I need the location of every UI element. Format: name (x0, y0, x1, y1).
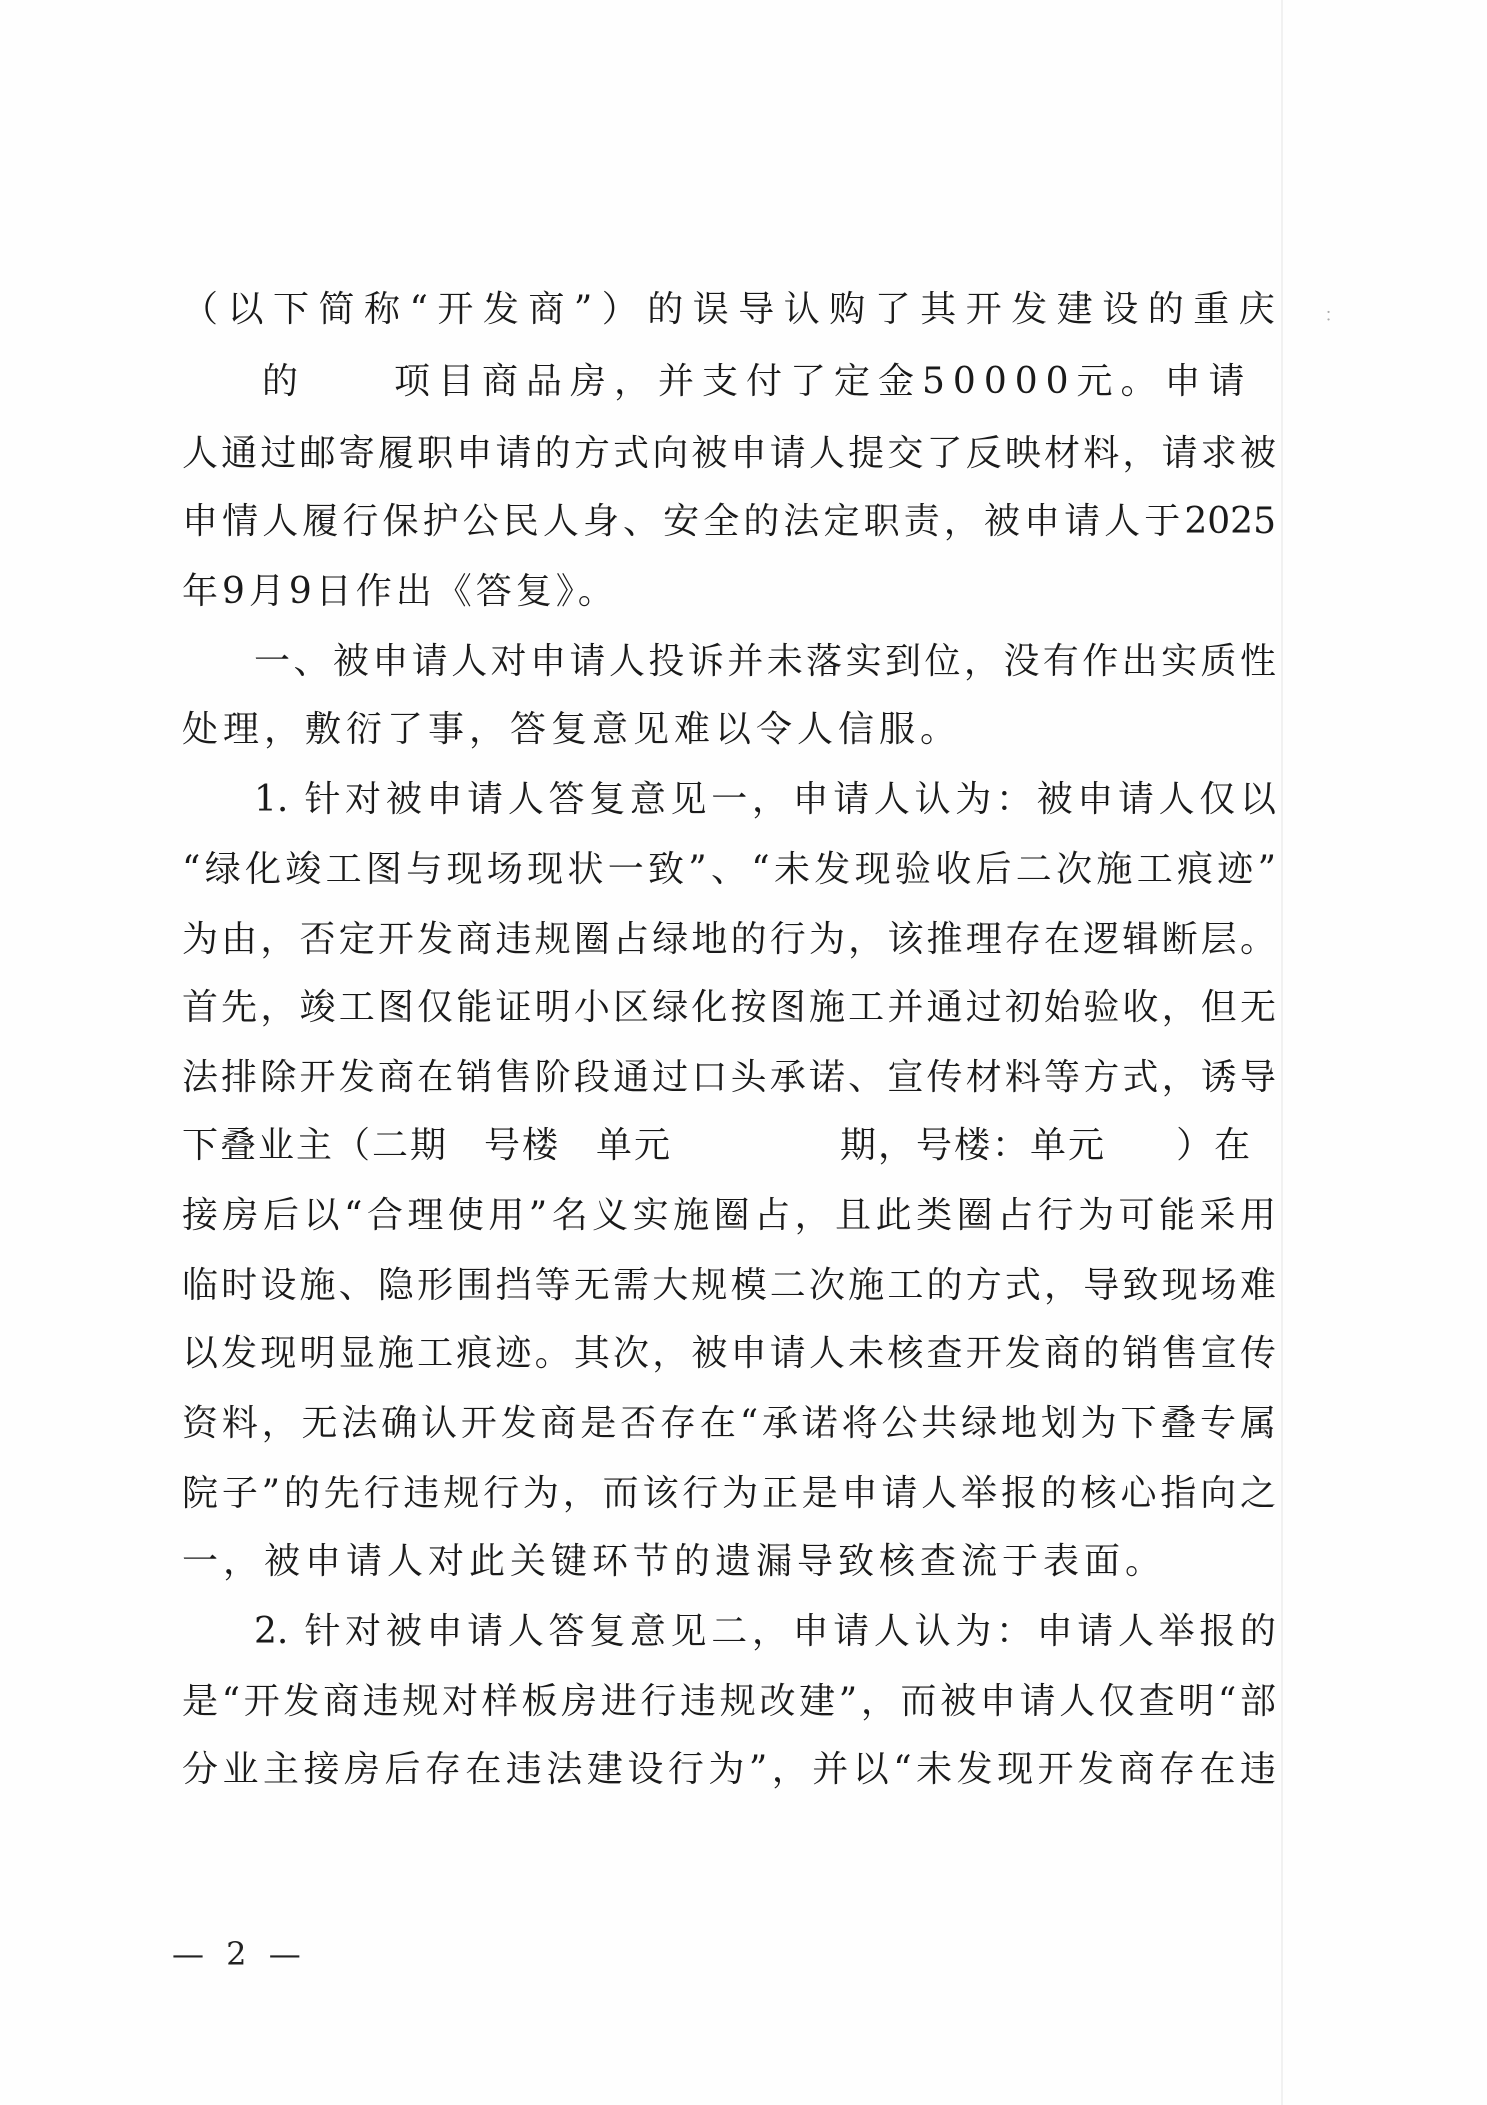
body-line-2: 的项目商品房，并支付了定金50000元。申请 (182, 354, 1276, 410)
body-line-5: 年9月9日作出《答复》。 (182, 564, 1276, 620)
body-line-22: 分业主接房后存在违法建设行为”，并以“未发现开发商存在违 (182, 1742, 1276, 1798)
point-1-start: 1. 针对被申请人答复意见一，申请人认为：被申请人仅以 (182, 772, 1276, 828)
body-line-12: 法排除开发商在销售阶段通过口头承诺、宣传材料等方式，诱导 (182, 1050, 1276, 1106)
line-text: 下叠业主（二期 (182, 1125, 448, 1166)
body-line-16: 以发现明显施工痕迹。其次，被申请人未核查开发商的销售宣传 (182, 1326, 1276, 1382)
body-line-17: 资料，无法确认开发商是否存在“承诺将公共绿地划为下叠专属 (182, 1396, 1276, 1452)
section-heading-1: 一、被申请人对申请人投诉并未落实到位，没有作出实质性 (182, 634, 1276, 690)
line-text: 期，号楼：单元 (840, 1125, 1106, 1166)
redaction-artifact: ： (1324, 305, 1352, 326)
body-line-21: 是“开发商违规对样板房进行违规改建”，而被申请人仅查明“部 (182, 1674, 1276, 1730)
body-line-14: 接房后以“合理使用”名义实施圈占，且此类圈占行为可能采用 (182, 1188, 1276, 1244)
page-number: — 2 — (172, 1934, 307, 1974)
body-line-11: 首先，竣工图仅能证明小区绿化按图施工并通过初始验收，但无 (182, 980, 1276, 1036)
body-line-15: 临时设施、隐形围挡等无需大规模二次施工的方式，导致现场难 (182, 1258, 1276, 1314)
line-text: 号楼 (484, 1125, 560, 1166)
point-2-start: 2. 针对被申请人答复意见二，申请人认为：申请人举报的 (182, 1604, 1276, 1660)
line-text: （以下简称“开发商”）的误导认购了其开发建设的重庆 (182, 289, 1284, 330)
line-prefix: 的 (262, 361, 306, 402)
line-text: 单元 (596, 1125, 672, 1166)
body-line-18: 院子”的先行违规行为，而该行为正是申请人举报的核心指向之 (182, 1466, 1276, 1522)
body-line-3: 人通过邮寄履职申请的方式向被申请人提交了反映材料，请求被 (182, 426, 1276, 482)
body-line-9: “绿化竣工图与现场现状一致”、“未发现验收后二次施工痕迹” (182, 842, 1276, 898)
body-line-1: （以下简称“开发商”）的误导认购了其开发建设的重庆： (182, 282, 1276, 338)
body-line-10: 为由，否定开发商违规圈占绿地的行为，该推理存在逻辑断层。 (182, 912, 1276, 968)
document-page: （以下简称“开发商”）的误导认购了其开发建设的重庆： 的项目商品房，并支付了定金… (0, 0, 1487, 2105)
body-line-7: 处理，敷衍了事，答复意见难以令人信服。 (182, 702, 1276, 758)
body-line-19: 一，被申请人对此关键环节的遗漏导致核查流于表面。 (182, 1534, 1276, 1590)
line-text: ）在 (1176, 1125, 1252, 1166)
body-line-13: 下叠业主（二期号楼单元期，号楼：单元）在 (182, 1118, 1276, 1174)
line-text: 项目商品房，并支付了定金50000元。申请 (394, 361, 1253, 402)
body-line-4: 申情人履行保护公民人身、安全的法定职责，被申请人于2025 (182, 494, 1276, 550)
